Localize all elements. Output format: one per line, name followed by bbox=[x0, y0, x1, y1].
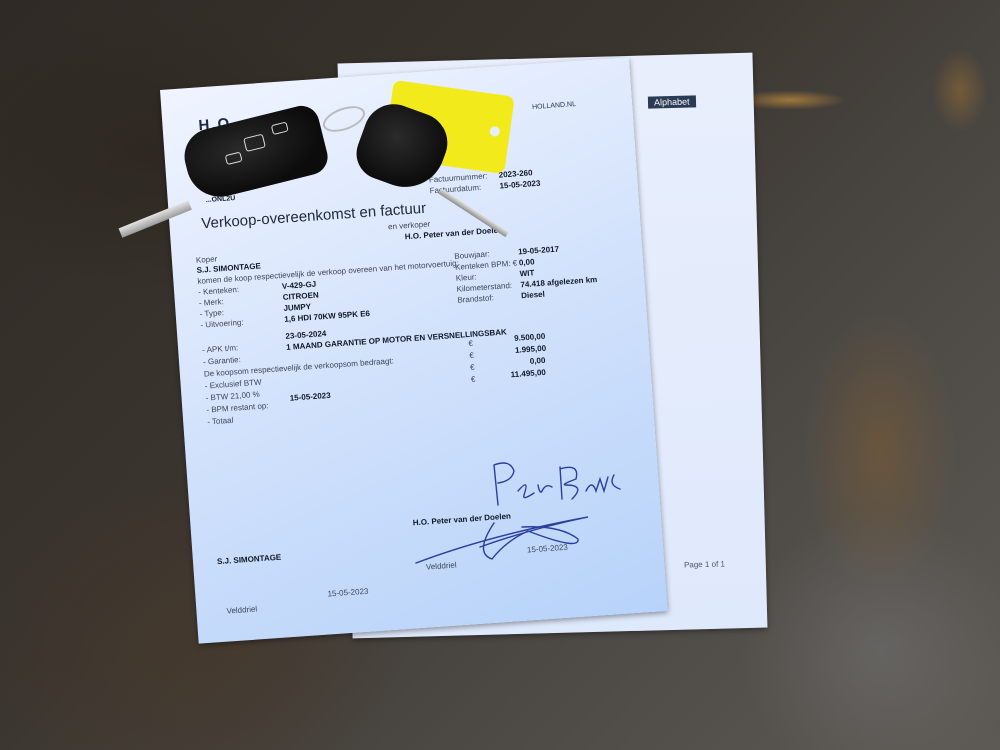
tag-hole bbox=[489, 126, 500, 137]
price-label-total: - Totaal bbox=[207, 416, 234, 427]
alphabet-logo-badge: Alphabet bbox=[648, 95, 696, 108]
color-label: Kleur: bbox=[456, 272, 477, 282]
trunk-button-icon bbox=[243, 134, 266, 152]
invoice-date-label: Factuurdatum: bbox=[429, 183, 481, 196]
handwritten-signature bbox=[410, 455, 640, 575]
currency-4: € bbox=[471, 375, 476, 384]
apk-label: - APK t/m: bbox=[202, 343, 239, 354]
buyer-signature-date: 15-05-2023 bbox=[327, 587, 368, 599]
invoice-date: 15-05-2023 bbox=[499, 179, 540, 191]
apk-value: 23-05-2024 bbox=[285, 329, 326, 341]
vehicle-type: JUMPY bbox=[283, 302, 311, 313]
bpm-value: 0,00 bbox=[519, 257, 535, 267]
vehicle-label-plate: - Kenteken: bbox=[198, 285, 239, 297]
year-value: 19-05-2017 bbox=[518, 245, 559, 257]
fuel-value: Diesel bbox=[521, 290, 545, 301]
vehicle-make: CITROEN bbox=[282, 290, 319, 301]
vehicle-label-type: - Type: bbox=[199, 308, 224, 319]
amount-bpm: 0,00 bbox=[530, 356, 546, 366]
currency-1: € bbox=[468, 339, 473, 348]
vehicle-label-variant: - Uitvoering: bbox=[200, 318, 244, 330]
currency-2: € bbox=[469, 351, 474, 360]
price-label-vat: - BTW 21,00 % bbox=[205, 390, 260, 403]
company-web: HOLLAND.NL bbox=[532, 101, 576, 111]
amount-total: 11.495,00 bbox=[510, 368, 546, 379]
bpm-label: Kenteken BPM: € bbox=[455, 259, 518, 272]
color-value: WIT bbox=[519, 268, 534, 278]
price-label-excl: - Exclusief BTW bbox=[204, 378, 261, 391]
lock-button-icon bbox=[225, 152, 243, 166]
year-label: Bouwjaar: bbox=[454, 249, 490, 260]
vehicle-label-make: - Merk: bbox=[199, 297, 224, 308]
price-label-bpm: - BPM restant op: bbox=[206, 401, 269, 414]
bpm-date: 15-05-2023 bbox=[290, 391, 331, 403]
warranty-label: - Garantie: bbox=[203, 355, 241, 367]
vehicle-plate: V-429-GJ bbox=[282, 280, 317, 291]
fuel-label: Brandstof: bbox=[457, 293, 494, 305]
mileage-label: Kilometerstand: bbox=[456, 281, 512, 294]
and-seller-label: en verkoper bbox=[388, 219, 431, 231]
buyer-signature-place: Velddriel bbox=[226, 604, 257, 615]
buyer-label: Koper bbox=[196, 254, 218, 264]
amount-excl: 9.500,00 bbox=[514, 332, 546, 343]
buyer-signature-name: S.J. SIMONTAGE bbox=[217, 553, 282, 566]
unlock-button-icon bbox=[271, 121, 289, 135]
currency-3: € bbox=[470, 363, 475, 372]
amount-vat: 1.995,00 bbox=[515, 344, 547, 355]
page-indicator: Page 1 of 1 bbox=[684, 559, 725, 569]
